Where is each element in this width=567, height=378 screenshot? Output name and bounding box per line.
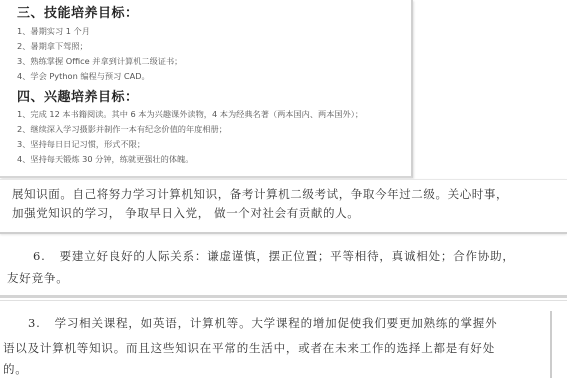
paragraph-line: 语以及计算机等知识。而且这些知识在平常的生活中，或者在未来工作的选择上都是有好处	[3, 340, 495, 356]
document-collage: 三、技能培养目标： 1、暑期实习 1 个月 2、暑期拿下驾照； 3、熟练掌握 O…	[0, 0, 567, 378]
paragraph-line: 展知识面。自己将努力学习计算机知识，备考计算机二级考试，争取今年过二级。关心时事…	[12, 186, 508, 202]
item-number: 6.	[33, 249, 46, 263]
goals-card: 三、技能培养目标： 1、暑期实习 1 个月 2、暑期拿下驾照； 3、熟练掌握 O…	[0, 0, 413, 178]
paragraph-line: 加强党知识的学习， 争取早日入党， 做一个对社会有贡献的人。	[12, 205, 359, 221]
list-item: 4、学会 Python 编程与预习 CAD。	[17, 69, 182, 84]
skills-goals-list: 1、暑期实习 1 个月 2、暑期拿下驾照； 3、熟练掌握 Office 并拿到计…	[17, 24, 182, 84]
list-item: 4、坚持每天锻炼 30 分钟，练就更强壮的体魄。	[17, 152, 363, 167]
list-item: 2、暑期拿下驾照；	[17, 39, 182, 54]
list-item: 2、继续深入学习摄影并制作一本有纪念价值的年度相册；	[17, 122, 363, 137]
paragraph-line: 的。	[3, 361, 28, 377]
relationship-paragraph: 6.要建立好良好的人际关系：谦虚谨慎，摆正位置；平等相待，真诚相处；合作协助， …	[0, 238, 567, 298]
paragraph-text: 学习相关课程，如英语，计算机等。大学课程的增加促使我们要更加熟练的掌握外	[55, 316, 498, 330]
item-number: 3.	[28, 316, 41, 330]
skills-goals-heading: 三、技能培养目标：	[17, 2, 139, 21]
list-item: 1、暑期实习 1 个月	[17, 24, 182, 39]
interest-goals-heading: 四、兴趣培养目标：	[17, 86, 139, 105]
paragraph-line: 友好竞争。	[7, 270, 69, 286]
interest-goals-list: 1、完成 12 本书籍阅读。其中 6 本为兴趣课外读物，4 本为经典名著（两本国…	[17, 107, 363, 167]
knowledge-paragraph: 展知识面。自己将努力学习计算机知识，备考计算机二级考试，争取今年过二级。关心时事…	[0, 179, 567, 234]
paragraph-text: 要建立好良好的人际关系：谦虚谨慎，摆正位置；平等相待，真诚相处；合作协助，	[60, 249, 515, 263]
list-item: 1、完成 12 本书籍阅读。其中 6 本为兴趣课外读物，4 本为经典名著（两本国…	[17, 107, 363, 122]
list-item: 3、熟练掌握 Office 并拿到计算机二级证书；	[17, 54, 182, 69]
margin-divider	[550, 311, 552, 378]
paragraph-line: 6.要建立好良好的人际关系：谦虚谨慎，摆正位置；平等相待，真诚相处；合作协助，	[33, 248, 515, 264]
courses-paragraph: 3.学习相关课程，如英语，计算机等。大学课程的增加促使我们要更加熟练的掌握外 语…	[0, 300, 567, 378]
list-item: 3、坚持每日日记习惯，形式不限；	[17, 137, 363, 152]
paragraph-line: 3.学习相关课程，如英语，计算机等。大学课程的增加促使我们要更加熟练的掌握外	[28, 315, 497, 331]
